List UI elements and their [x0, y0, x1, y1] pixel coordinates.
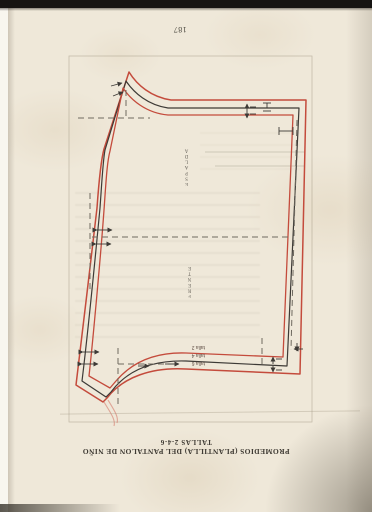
scanned-book-page: 187 ESPALDA FRENTE talla 2 talla 4 talla… [0, 0, 372, 512]
size-label-talla-4: talla 4 [181, 352, 205, 358]
page-curl-shadow [245, 395, 372, 512]
scanner-edge-bottom [0, 504, 120, 512]
piece-label-front: FRENTE [187, 263, 192, 298]
size-label-talla-2: talla 2 [181, 344, 205, 350]
ghost-frame [69, 56, 312, 422]
size-label-talla-6: talla 6 [181, 360, 205, 366]
page-number: 187 [166, 25, 194, 34]
piece-label-back: ESPALDA [184, 146, 189, 186]
